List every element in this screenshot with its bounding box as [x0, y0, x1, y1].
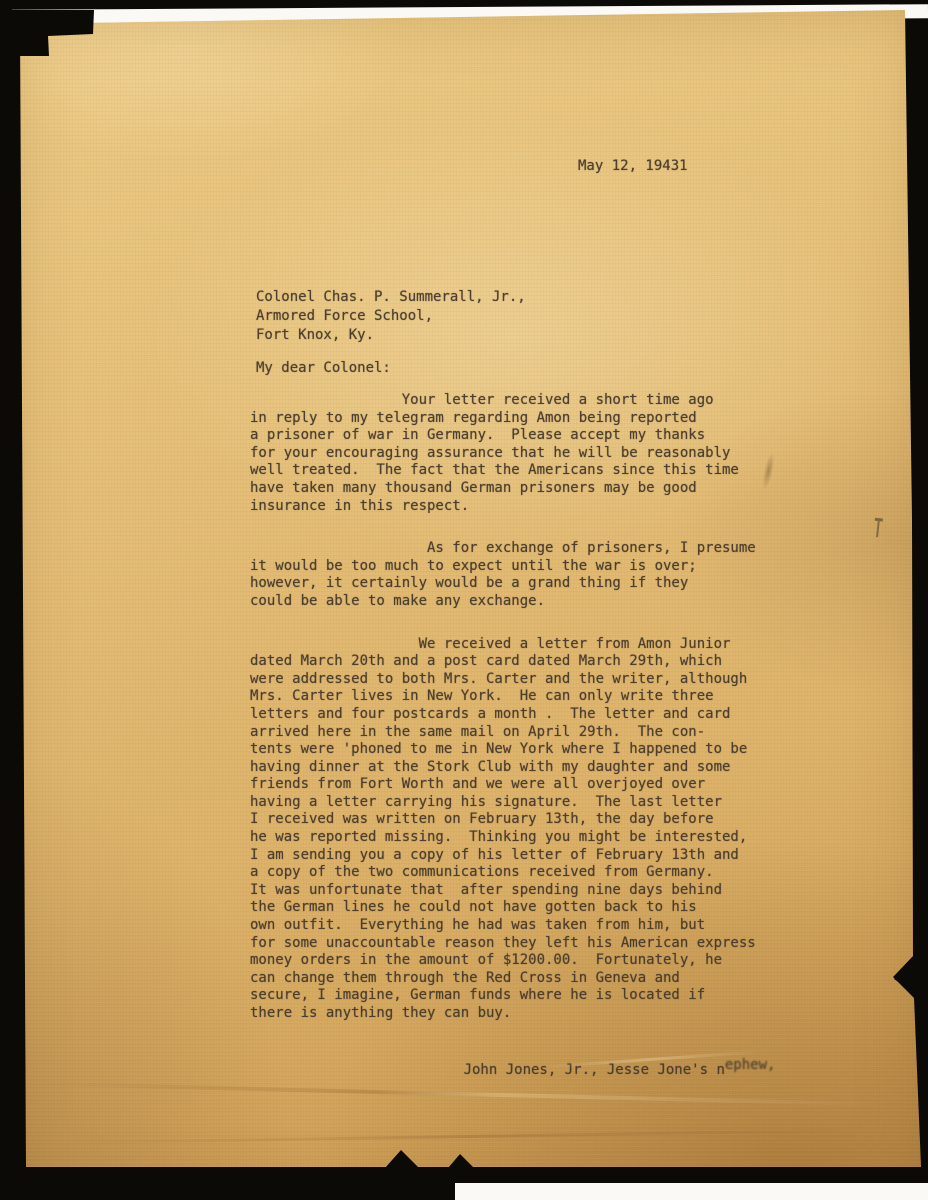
text-line: for your encouraging assurance that he w…: [250, 445, 756, 463]
text-line: We received a letter from Amon Junior: [250, 636, 756, 654]
scanned-letter-page: May 12, 19431 Colonel Chas. P. Summerall…: [0, 0, 928, 1200]
text-line: dated March 20th and a post card dated M…: [250, 653, 756, 671]
paragraph: Your letter received a short time agoin …: [250, 392, 756, 515]
text-line: well treated. The fact that the American…: [250, 462, 756, 480]
text-line: I received was written on February 13th,…: [250, 811, 756, 829]
text-line: insurance in this respect.: [250, 498, 756, 516]
text-line: it would be too much to expect until the…: [250, 558, 756, 576]
date-line: May 12, 19431: [578, 158, 688, 176]
text-line: the German lines he could not have gotte…: [250, 899, 756, 917]
paragraph: As for exchange of prisoners, I presumei…: [250, 540, 756, 610]
text-line: own outfit. Everything he had was taken …: [250, 917, 756, 935]
salutation: My dear Colonel:: [256, 360, 391, 378]
text-line: Colonel Chas. P. Summerall, Jr.,: [256, 288, 526, 307]
text-line: letters and four postcards a month . The…: [250, 706, 756, 724]
letter-paper: May 12, 19431 Colonel Chas. P. Summerall…: [0, 0, 928, 1200]
text-line: As for exchange of prisoners, I presume: [250, 540, 756, 558]
text-line: in reply to my telegram regarding Amon b…: [250, 410, 756, 428]
text-line: having a letter carrying his signature. …: [250, 794, 756, 812]
letter-body: Your letter received a short time agoin …: [250, 392, 756, 1023]
text-line: having dinner at the Stork Club with my …: [250, 759, 756, 777]
text-line: I am sending you a copy of his letter of…: [250, 847, 756, 865]
text-line: Your letter received a short time ago: [250, 392, 756, 410]
text-line: a copy of the two communications receive…: [250, 864, 756, 882]
text-line: Fort Knox, Ky.: [256, 326, 526, 345]
signature-smudged-word: ephew,: [725, 1057, 776, 1075]
text-line: there is anything they can buy.: [250, 1005, 756, 1023]
recipient-address: Colonel Chas. P. Summerall, Jr.,Armored …: [256, 288, 526, 345]
text-line: however, it certainly would be a grand t…: [250, 575, 756, 593]
text-line: have taken many thousand German prisoner…: [250, 480, 756, 498]
text-line: can change them through the Red Cross in…: [250, 970, 756, 988]
text-line: Armored Force School,: [256, 307, 526, 326]
text-line: for some unaccountable reason they left …: [250, 935, 756, 953]
paragraph: We received a letter from Amon Juniordat…: [250, 636, 756, 1023]
text-line: arrived here in the same mail on April 2…: [250, 724, 756, 742]
text-line: money orders in the amount of $1200.00. …: [250, 952, 756, 970]
text-line: a prisoner of war in Germany. Please acc…: [250, 427, 756, 445]
text-line: could be able to make any exchange.: [250, 593, 756, 611]
signature-line: John Jones, Jr., Jesse Jone's nephew,: [413, 1044, 775, 1097]
text-line: he was reported missing. Thinking you mi…: [250, 829, 756, 847]
text-line: tents were 'phoned to me in New York whe…: [250, 741, 756, 759]
text-line: Mrs. Carter lives in New York. He can on…: [250, 688, 756, 706]
text-line: friends from Fort Worth and we were all …: [250, 776, 756, 794]
white-edge-bottom: [455, 1183, 928, 1200]
text-line: secure, I imagine, German funds where he…: [250, 987, 756, 1005]
text-line: It was unfortunate that after spending n…: [250, 882, 756, 900]
text-line: were addressed to both Mrs. Carter and t…: [250, 671, 756, 689]
ink-mark: [871, 518, 883, 539]
